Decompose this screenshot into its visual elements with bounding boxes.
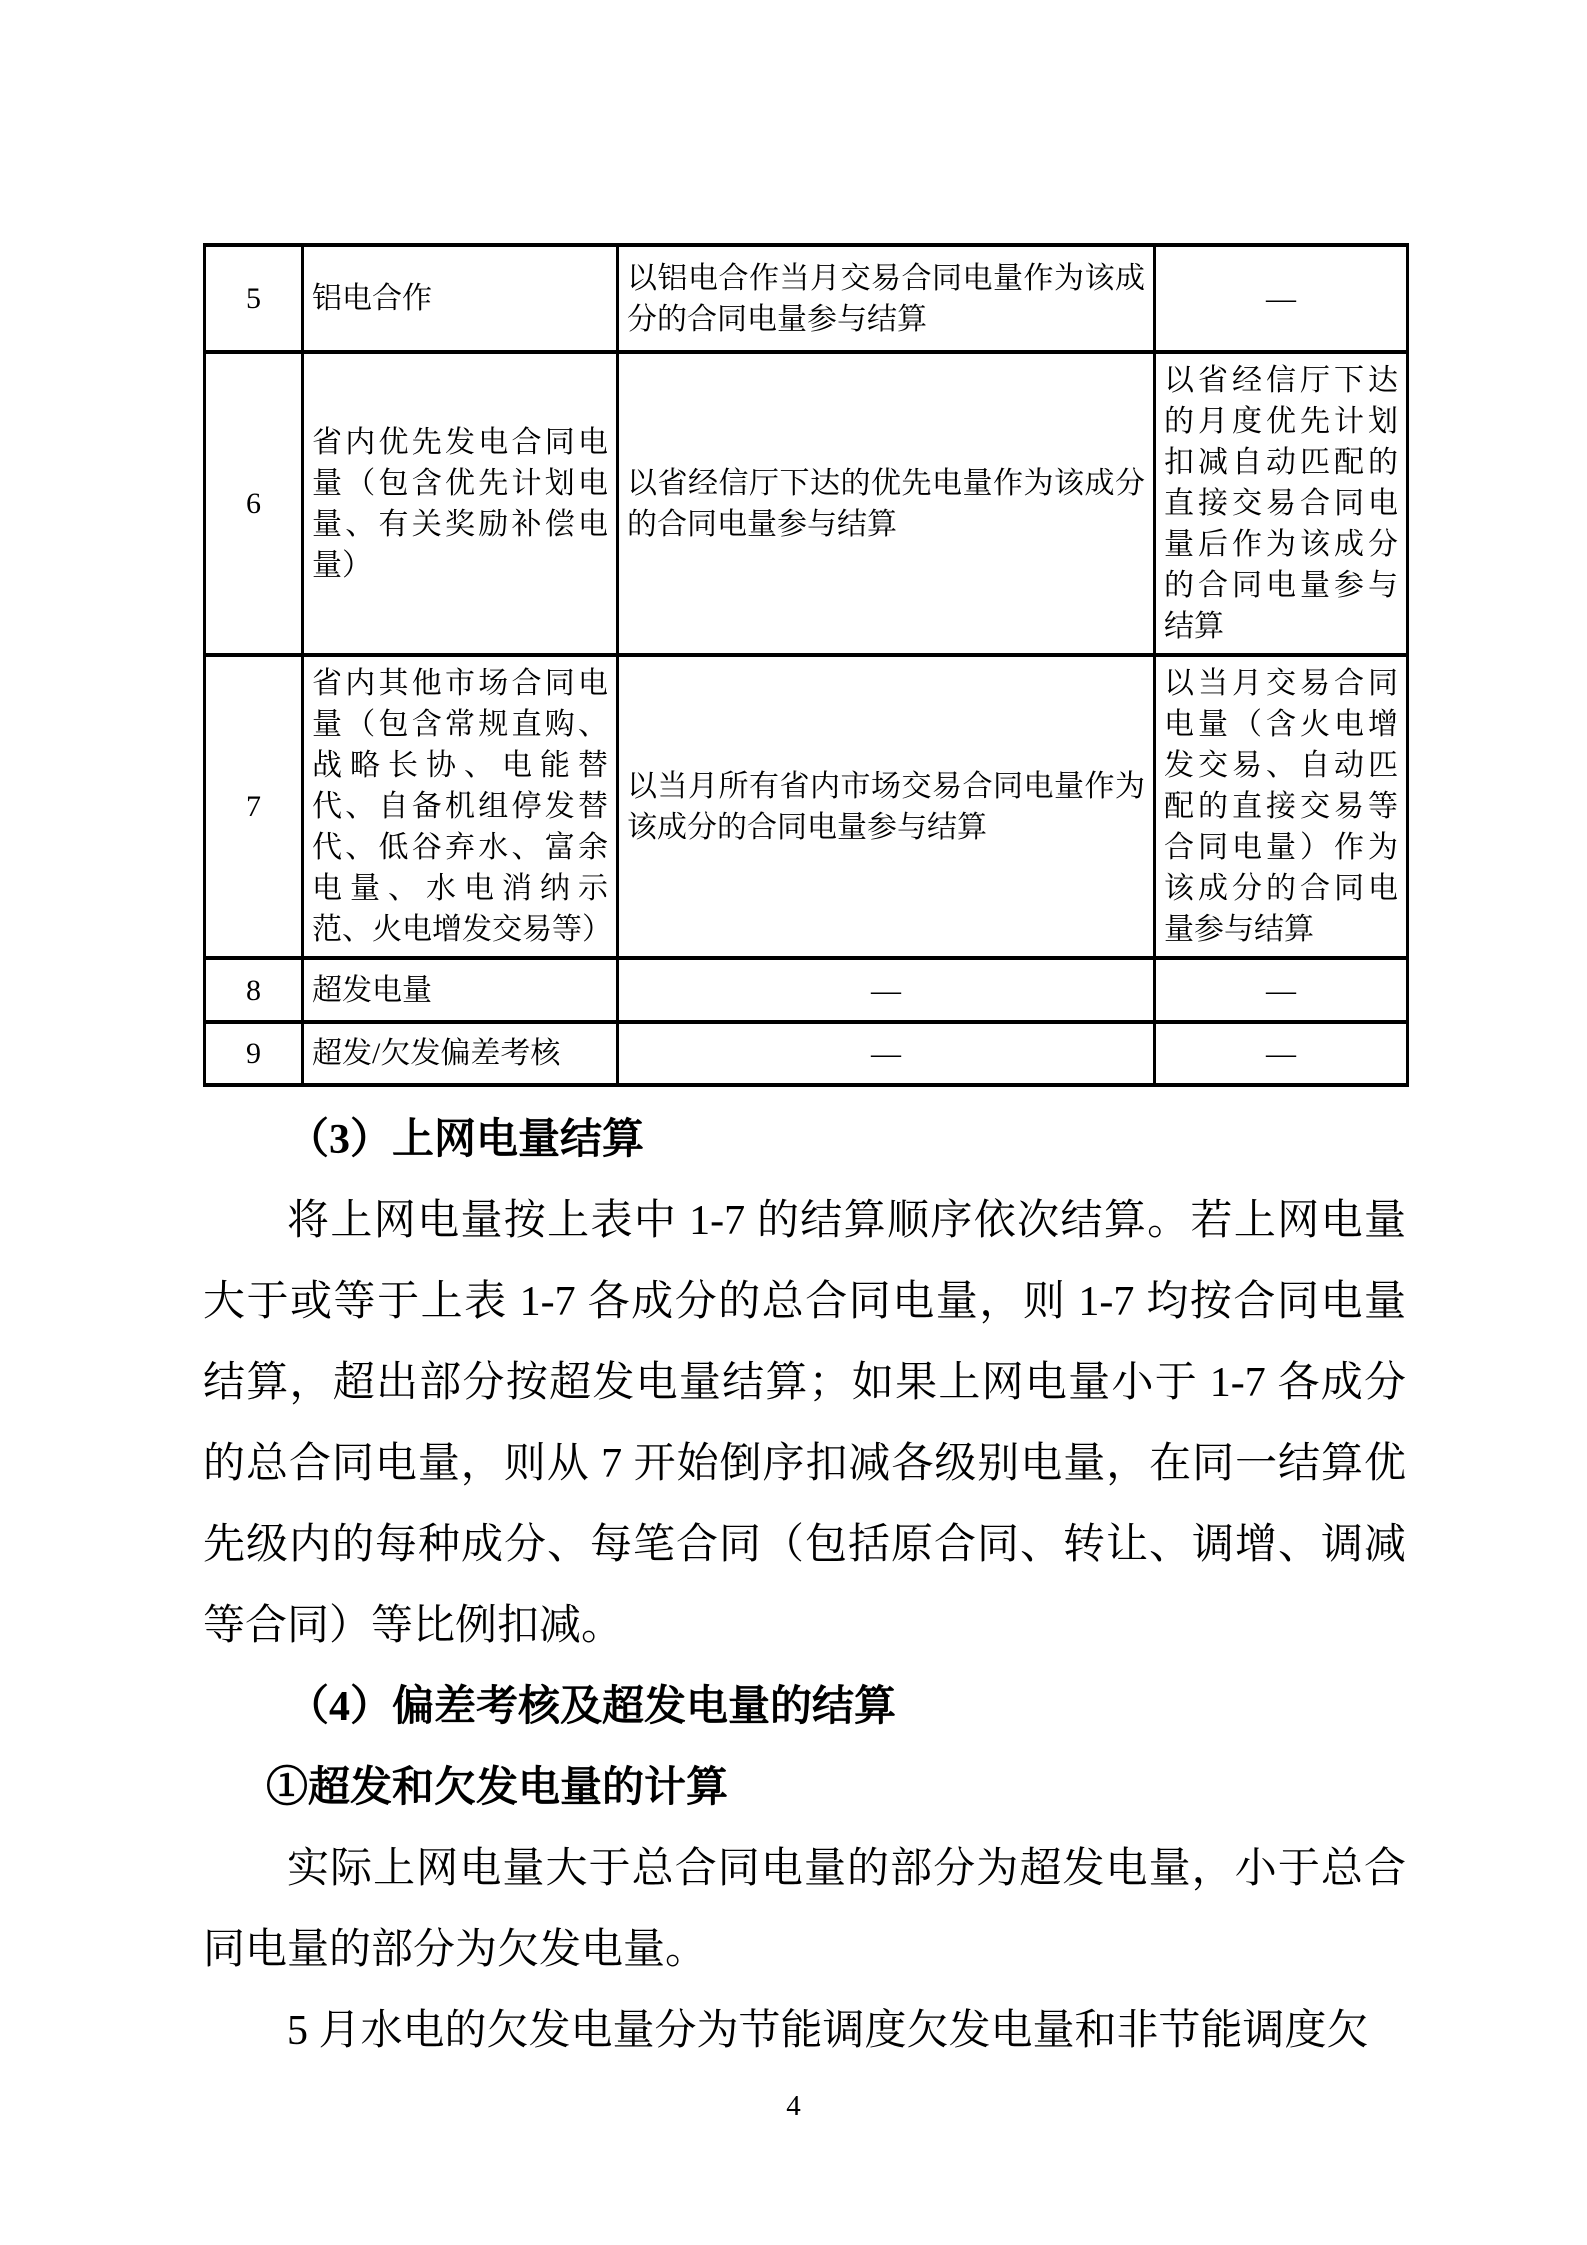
row-number: 5	[205, 245, 303, 352]
component-name: 铝电合作	[303, 245, 618, 352]
settlement-note: —	[1155, 245, 1408, 352]
settlement-rule: 以省经信厅下达的优先电量作为该成分的合同电量参与结算	[618, 352, 1155, 655]
paragraph-settlement-order: 将上网电量按上表中 1-7 的结算顺序依次结算。若上网电量大于或等于上表 1-7…	[203, 1181, 1406, 1667]
settlement-rule: 以当月所有省内市场交易合同电量作为该成分的合同电量参与结算	[618, 655, 1155, 958]
table-row: 6 省内优先发电合同电量（包含优先计划电量、有关奖励补偿电量） 以省经信厅下达的…	[205, 352, 1408, 655]
page-number: 4	[0, 2088, 1587, 2124]
component-name: 省内优先发电合同电量（包含优先计划电量、有关奖励补偿电量）	[303, 352, 618, 655]
component-name: 省内其他市场合同电量（包含常规直购、战略长协、电能替代、自备机组停发替代、低谷弃…	[303, 655, 618, 958]
component-name: 超发电量	[303, 958, 618, 1022]
component-name: 超发/欠发偏差考核	[303, 1022, 618, 1085]
section-heading-deviation: （4）偏差考核及超发电量的结算	[203, 1667, 1406, 1748]
section-heading-grid-settlement: （3）上网电量结算	[203, 1100, 1406, 1181]
row-number: 9	[205, 1022, 303, 1085]
table-row: 8 超发电量 — —	[205, 958, 1408, 1022]
body-text: （3）上网电量结算 将上网电量按上表中 1-7 的结算顺序依次结算。若上网电量大…	[203, 1100, 1406, 2072]
settlement-rule: 以铝电合作当月交易合同电量作为该成分的合同电量参与结算	[618, 245, 1155, 352]
settlement-components-table: 5 铝电合作 以铝电合作当月交易合同电量作为该成分的合同电量参与结算 — 6 省…	[203, 243, 1409, 1087]
row-number: 7	[205, 655, 303, 958]
table-row: 9 超发/欠发偏差考核 — —	[205, 1022, 1408, 1085]
row-number: 8	[205, 958, 303, 1022]
table-row: 5 铝电合作 以铝电合作当月交易合同电量作为该成分的合同电量参与结算 —	[205, 245, 1408, 352]
paragraph-may-hydro: 5 月水电的欠发电量分为节能调度欠发电量和非节能调度欠	[203, 1991, 1406, 2072]
settlement-rule: —	[618, 1022, 1155, 1085]
row-number: 6	[205, 352, 303, 655]
paragraph-over-under-generation: 实际上网电量大于总合同电量的部分为超发电量，小于总合同电量的部分为欠发电量。	[203, 1829, 1406, 1991]
document-page: 5 铝电合作 以铝电合作当月交易合同电量作为该成分的合同电量参与结算 — 6 省…	[0, 0, 1587, 2245]
settlement-note: —	[1155, 958, 1408, 1022]
table-row: 7 省内其他市场合同电量（包含常规直购、战略长协、电能替代、自备机组停发替代、低…	[205, 655, 1408, 958]
subsection-heading-calculation: ①超发和欠发电量的计算	[203, 1748, 1406, 1829]
settlement-note: 以省经信厅下达的月度优先计划扣减自动匹配的直接交易合同电量后作为该成分的合同电量…	[1155, 352, 1408, 655]
settlement-note: —	[1155, 1022, 1408, 1085]
settlement-note: 以当月交易合同电量（含火电增发交易、自动匹配的直接交易等合同电量）作为该成分的合…	[1155, 655, 1408, 958]
settlement-rule: —	[618, 958, 1155, 1022]
